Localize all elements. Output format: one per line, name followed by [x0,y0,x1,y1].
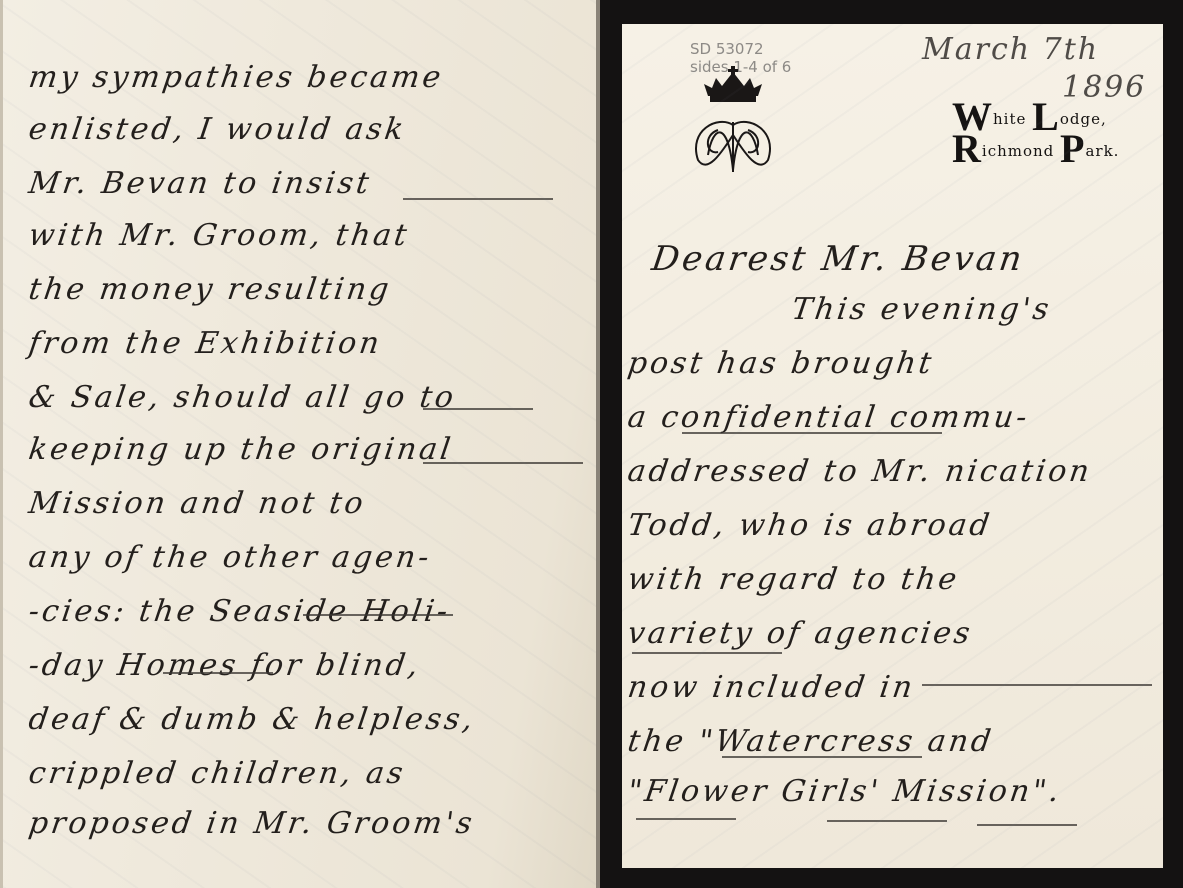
left-line-1: my sympathies became [27,60,446,95]
left-line-6: from the Exhibition [27,326,385,361]
left-line-2: enlisted, I would ask [27,112,409,147]
underline-watercress [722,756,922,758]
right-page: SD 53072 sides 1-4 of 6 March 7th 1896 [622,24,1163,868]
underline-all [423,408,533,410]
right-line-9: now included in [626,670,918,705]
underline-original [423,462,583,464]
underline-mission [977,824,1077,826]
right-line-4: a confidential commu- [626,400,1032,435]
right-line-6: Todd, who is abroad [626,508,995,543]
letterhead-line-2: Richmond Park. [952,134,1119,166]
left-line-9: Mission and not to [27,486,369,521]
left-line-7: & Sale, should all go to [27,380,459,415]
underline-confidential [682,432,942,434]
left-line-4: with Mr. Groom, that [27,218,412,253]
underline-variety [632,652,782,654]
underline-insist [403,198,553,200]
date-year: 1896 [1062,70,1146,105]
right-line-10: the "Watercress and [626,724,996,759]
left-line-15: proposed in Mr. Groom's [27,806,477,841]
left-line-8: keeping up the original [27,432,456,467]
left-line-13: deaf & dumb & helpless, [27,702,478,737]
right-line-2: This evening's [790,292,1054,327]
left-page: my sympathies became enlisted, I would a… [0,0,598,888]
underline-homes [163,672,273,674]
left-line-11: -cies: the Seaside Holi- [27,594,453,629]
right-line-7: with regard to the [626,562,962,597]
date-month: March 7th [922,32,1099,67]
left-line-5: the money resulting [27,272,394,307]
salutation: Dearest Mr. Bevan [649,239,1027,279]
underline-seaside [303,614,453,616]
underline-included [922,684,1152,686]
right-line-3: post has brought [626,346,937,381]
left-line-12: -day Homes for blind, [27,648,423,683]
left-line-10: any of the other agen- [27,540,434,575]
right-line-5: addressed to Mr. nication [626,454,1095,489]
left-line-14: crippled children, as [27,756,408,791]
underline-flower [636,818,736,820]
right-page-mourning-border: SD 53072 sides 1-4 of 6 March 7th 1896 [600,0,1183,888]
archive-ref: SD 53072 [690,40,791,58]
left-line-3: Mr. Bevan to insist [27,166,374,201]
letterhead-address: White Lodge, Richmond Park. [952,102,1119,166]
right-line-11: "Flower Girls' Mission". [626,774,1065,809]
letter-spread: my sympathies became enlisted, I would a… [0,0,1183,888]
crown-monogram-icon [688,60,778,180]
right-line-8: variety of agencies [626,616,975,651]
underline-girls [827,820,947,822]
